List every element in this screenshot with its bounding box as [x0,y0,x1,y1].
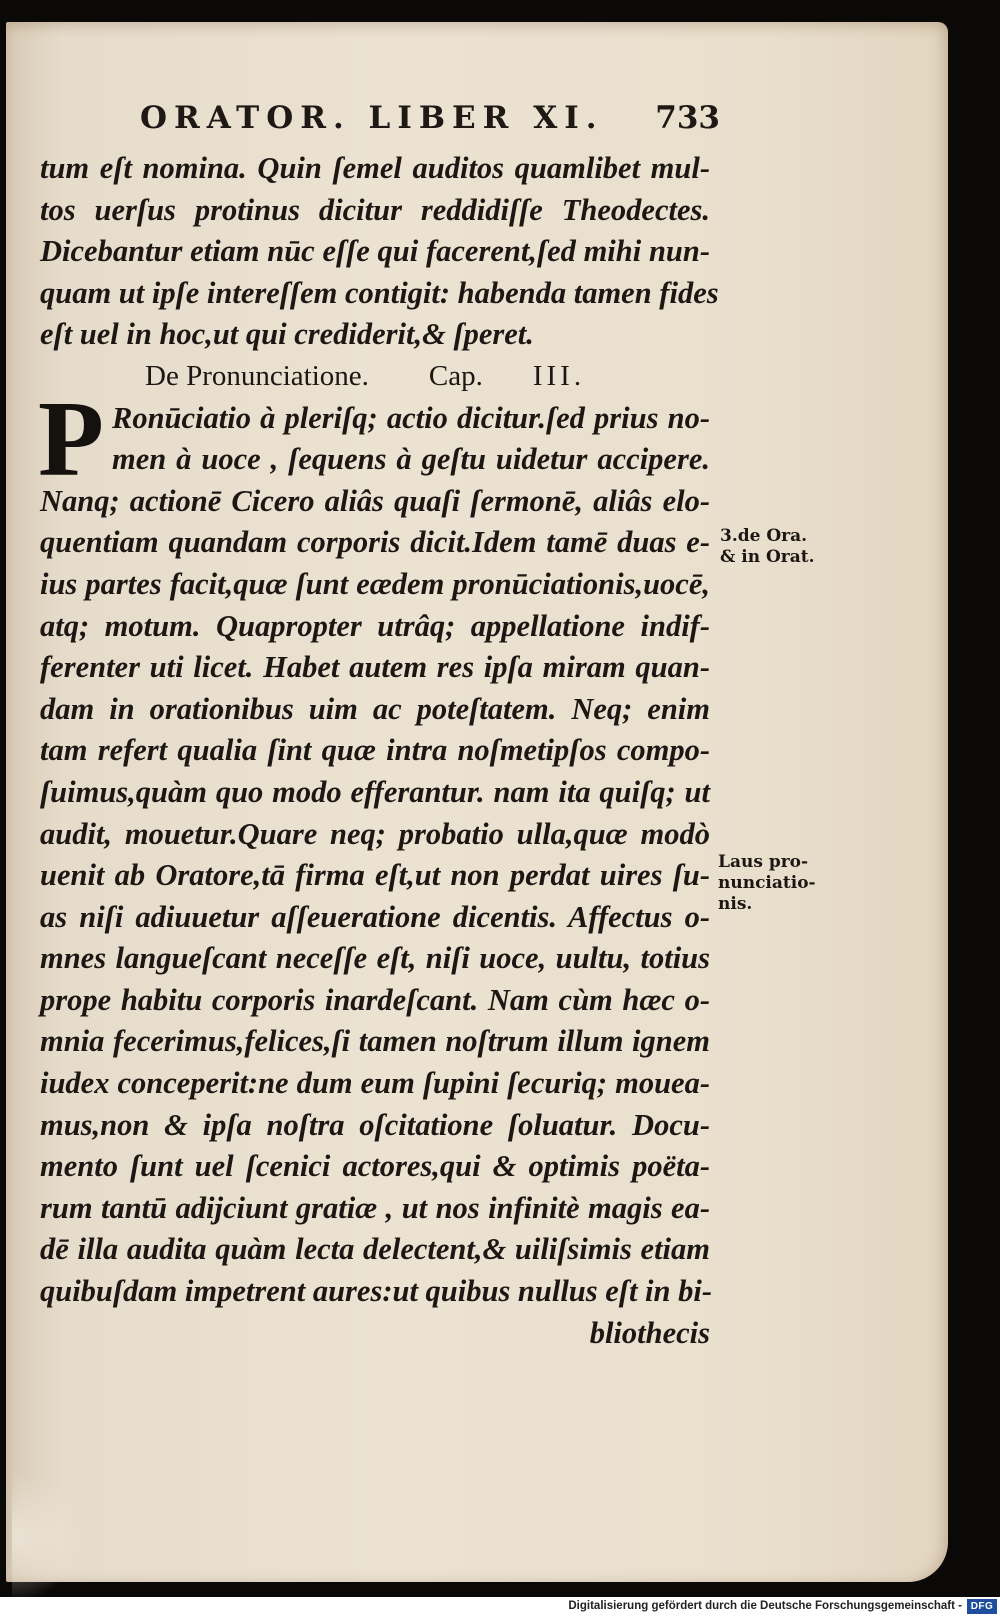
text-line: men à uoce , ſequens à geſtu uidetur acc… [40,439,710,481]
text-line: dam in orationibus uim ac poteſtatem. Ne… [40,689,710,731]
main-text: tum eſt nomina. Quin ſemel auditos quaml… [40,148,710,1354]
page-number: 733 [655,100,720,136]
marginal-line: 3.de Ora. [720,526,815,547]
paper-stain [12,1472,82,1602]
text-line: dē illa audita quàm lecta delectent,& ui… [40,1229,710,1271]
text-line: uenit ab Oratore,tā firma eſt,ut non per… [40,855,710,897]
marginal-line: & in Orat. [720,547,815,568]
marginal-line: nis. [718,894,816,915]
text-line: ius partes facit,quæ ſunt eædem pronūcia… [40,564,710,606]
text-line: atq; motum. Quapropter utrâq; appellatio… [40,606,710,648]
marginal-line: Laus pro- [718,852,816,873]
text-line: mnia fecerimus,felices,ſi tamen noſtrum … [40,1021,710,1063]
catchword: bliothecis [40,1313,710,1355]
text-line: rum tantū adijciunt gratiæ , ut nos infi… [40,1188,710,1230]
chapter-cap-label: Cap. [429,360,483,392]
dfg-logo-icon: DFG [967,1599,997,1614]
text-line: mnes langueſcant neceſſe eſt, niſi uoce,… [40,938,710,980]
text-line: Ronūciatio à pleriſq; actio dicitur.ſed … [40,398,710,440]
chapter-body: P Ronūciatio à pleriſq; actio dicitur.ſe… [40,398,710,1355]
text-line: quam ut ipſe intereſſem contigit: habend… [40,273,710,315]
marginal-line: nunciatio- [718,873,816,894]
text-line: ferenter uti licet. Habet autem res ipſa… [40,647,710,689]
digitization-footer: Digitalisierung gefördert durch die Deut… [0,1597,1000,1618]
text-line: as niſi adiuuetur aſſeueratione dicentis… [40,897,710,939]
marginal-note-reference: 3.de Ora. & in Orat. [720,526,815,568]
chapter-heading: De Pronunciatione.Cap.III. [40,356,710,398]
text-line: quentiam quandam corporis dicit.Idem tam… [40,522,710,564]
text-line: eſt uel in hoc,ut qui crediderit,& ſpere… [40,314,710,356]
text-line: tos uerſus protinus dicitur reddidiſſe T… [40,190,710,232]
chapter-title: De Pronunciatione. [145,360,369,392]
text-line: audit, mouetur.Quare neq; probatio ulla,… [40,814,710,856]
marginal-note-laus-pronunciationis: Laus pro- nunciatio- nis. [718,852,816,915]
text-line: mento ſunt uel ſcenici actores,qui & opt… [40,1146,710,1188]
text-line: tum eſt nomina. Quin ſemel auditos quaml… [40,148,710,190]
text-line: tam refert qualia ſint quæ intra noſmeti… [40,730,710,772]
chapter-number: III. [533,360,585,392]
dfg-credit-text: Digitalisierung gefördert durch die Deut… [568,1600,962,1612]
text-line: prope habitu corporis inardeſcant. Nam c… [40,980,710,1022]
running-head-title: ORATOR. LIBER XI. [140,100,604,136]
text-line: ſuimus,quàm quo modo efferantur. nam ita… [40,772,710,814]
text-line: iudex conceperit:ne dum eum ſupini ſecur… [40,1063,710,1105]
drop-cap: P [38,400,104,480]
text-line: Nanq; actionē Cicero aliâs quaſi ſermonē… [40,481,710,523]
text-line: quibuſdam impetrent aures:ut quibus null… [40,1271,710,1313]
text-line: mus,non & ipſa noſtra oſcitatione ſoluat… [40,1105,710,1147]
text-line: Dicebantur etiam nūc eſſe qui facerent,ſ… [40,231,710,273]
running-head: ORATOR. LIBER XI. 733 [100,100,720,144]
